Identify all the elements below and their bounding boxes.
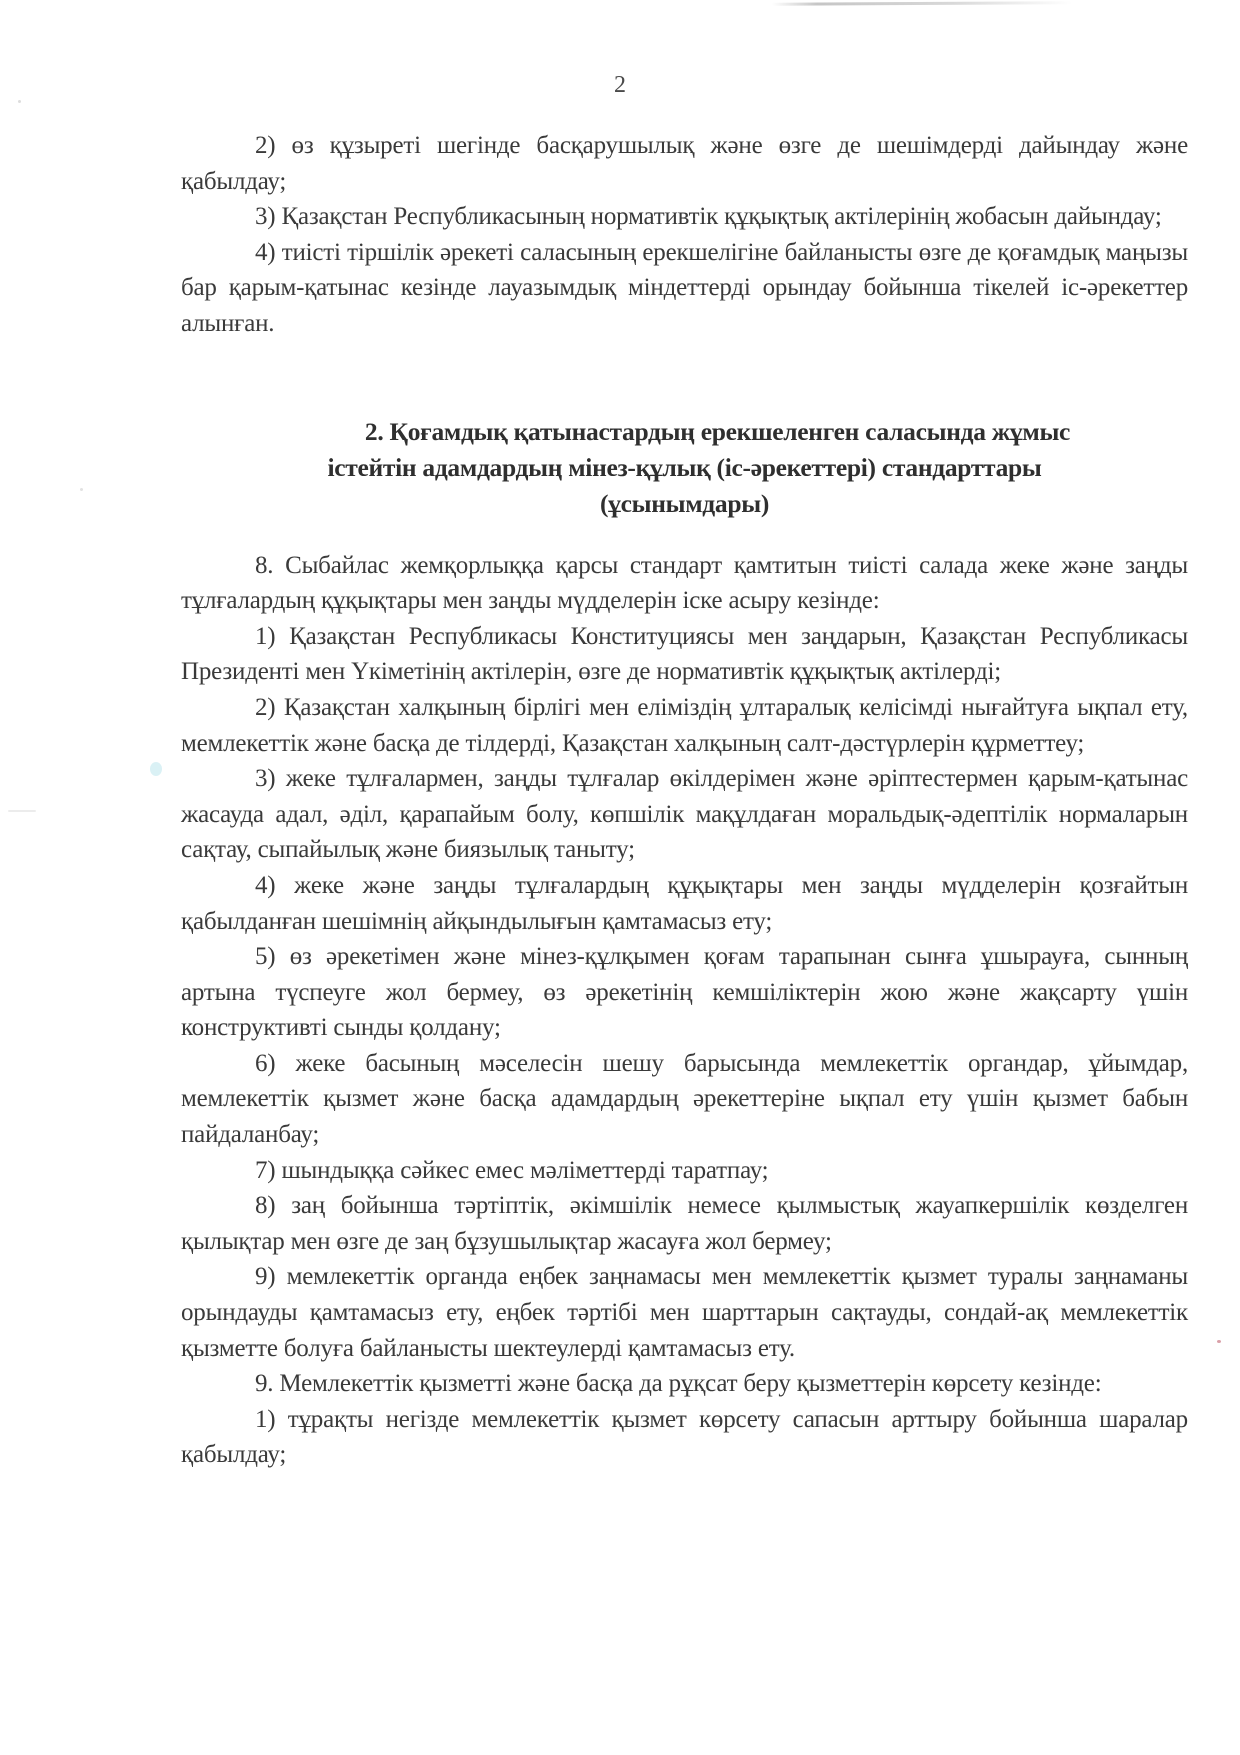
section-heading-line-2: істейтін адамдардың мінез-құлық (іс-әрек…: [181, 450, 1188, 486]
scan-speck: [8, 810, 36, 812]
clause-8-item-8: 8) заң бойынша тәртіптік, әкімшілік неме…: [181, 1188, 1188, 1259]
list-item-2: 2) өз құзыреті шегінде басқарушылық және…: [181, 128, 1188, 199]
list-item-3: 3) Қазақстан Республикасының нормативтік…: [181, 199, 1188, 235]
clause-8-item-4: 4) жеке және заңды тұлғалардың құқықтары…: [181, 868, 1188, 939]
clause-9: 9. Мемлекеттік қызметті және басқа да рұ…: [181, 1366, 1188, 1402]
section-heading-line-3: (ұсынымдары): [181, 486, 1188, 522]
clause-8-item-6: 6) жеке басының мәселесін шешу барысында…: [181, 1046, 1188, 1153]
scan-speck: [18, 100, 21, 103]
clause-8-item-9: 9) мемлекеттік органда еңбек заңнамасы м…: [181, 1259, 1188, 1366]
clause-8-item-7: 7) шындыққа сәйкес емес мәліметтерді тар…: [181, 1153, 1188, 1189]
scan-speck: [1217, 1340, 1221, 1343]
clause-8-item-3: 3) жеке тұлғалармен, заңды тұлғалар өкіл…: [181, 761, 1188, 868]
list-item-4: 4) тиісті тіршілік әрекеті саласының ере…: [181, 235, 1188, 342]
scan-speck: [80, 488, 83, 491]
clause-9-item-1: 1) тұрақты негізде мемлекеттік қызмет кө…: [181, 1402, 1188, 1473]
section-heading-line-1: 2. Қоғамдық қатынастардың ерекшеленген с…: [181, 414, 1188, 450]
page-number: 2: [0, 72, 1240, 99]
scan-artifact-streak: [772, 1, 1072, 6]
clause-8-item-5: 5) өз әрекетімен және мінез-құлқымен қоғ…: [181, 939, 1188, 1046]
section-heading: 2. Қоғамдық қатынастардың ерекшеленген с…: [181, 342, 1188, 548]
clause-8-item-1: 1) Қазақстан Республикасы Конституциясы …: [181, 619, 1188, 690]
clause-8: 8. Сыбайлас жемқорлыққа қарсы стандарт қ…: [181, 548, 1188, 619]
scan-speck: [150, 762, 162, 776]
document-body: 2) өз құзыреті шегінде басқарушылық және…: [181, 128, 1188, 1473]
clause-8-item-2: 2) Қазақстан халқының бірлігі мен еліміз…: [181, 690, 1188, 761]
